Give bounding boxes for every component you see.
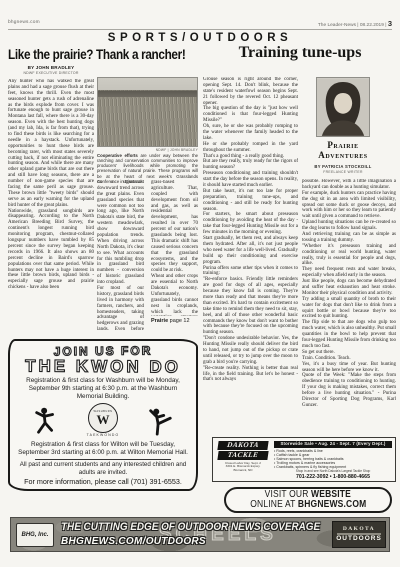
- bhg-logo-text: BHG, Inc.: [21, 532, 48, 539]
- dakota-outdoors-logo: DAKOTA OUTDOORS: [332, 521, 386, 548]
- newspaper-page: bhgnews.com The Leader-News | 08.22.2019…: [0, 0, 400, 567]
- dakota-tackle-ad: DAKOTA TACKLE Closed Labor Day, Sept. 2 …: [212, 437, 396, 482]
- tkd-washburn-text: Registration & first class for Washburn …: [16, 377, 190, 401]
- karate-figure-kick-icon: [146, 406, 174, 436]
- training-column-2: possible. However, with a little imagina…: [302, 179, 396, 433]
- jump-line: Prairie page 12: [151, 319, 198, 325]
- jump-word: Prairie: [151, 318, 168, 324]
- website-line2-normal: ONLINE AT: [250, 499, 298, 510]
- prairie-column-1: Any hunter who has walked the great plai…: [8, 79, 94, 336]
- jump-rest: page 12: [168, 318, 189, 324]
- columnist-title-line2: Adventures: [300, 150, 386, 160]
- tkd-phone-line: For more information, please call (701) …: [16, 478, 190, 487]
- tackle-logo-block: DAKOTA TACKLE Closed Labor Day, Sept. 2 …: [216, 441, 270, 479]
- tackle-logo-line1: DAKOTA: [217, 441, 268, 450]
- outdoor-news-banner: SCHEELS BHG, Inc. THE CUTTING EDGE OF OU…: [10, 517, 390, 552]
- masthead-rule: [8, 29, 392, 30]
- site-url: bhgnews.com: [8, 21, 40, 26]
- training-column-1: Grouse season is right around the corner…: [203, 77, 298, 433]
- karate-figure-punch-icon: [32, 406, 60, 436]
- tkd-figures-row: WASHBURN W TAEKWONDO: [16, 402, 190, 438]
- tackle-sale-header: Storewide Sale • Aug. 24 - Sept. 7 (Ever…: [274, 441, 392, 448]
- prairie-byline-role: NDWF EXECUTIVE DIRECTOR: [8, 71, 94, 76]
- section-title: SPORTS/OUTDOORS: [0, 33, 400, 45]
- banner-tagline: THE CUTTING EDGE OF OUTDOOR NEWS COVERAG…: [61, 522, 304, 533]
- prairie-byline: BY JOHN BRADLEY NDWF EXECUTIVE DIRECTOR: [8, 65, 94, 75]
- prairie-column-3: grass-based agriculture. That, coupled w…: [151, 180, 198, 316]
- dakota-outdoors-bottom: OUTDOORS: [336, 536, 382, 543]
- prairie-headline: Like the prairie? Thank a rancher!: [8, 47, 201, 61]
- training-headline: Training tune-ups: [202, 45, 398, 61]
- website-line2: ONLINE AT BHGNEWS.COM: [250, 500, 366, 511]
- website-line2-bold: BHGNEWS.COM: [298, 499, 366, 510]
- columnist-headshot: [316, 77, 370, 137]
- tackle-phone: 701-222-3092 • 1-800-880-4665: [274, 474, 392, 480]
- prairie-photo: [97, 77, 198, 147]
- website-line1-bold: WEBSITE: [311, 489, 351, 500]
- issue-text: The Leader-News | 08.22.2019 |: [318, 23, 387, 28]
- washburn-logo-bottom-text: TAEKWONDO: [87, 434, 120, 437]
- tackle-content-block: Storewide Sale • Aug. 24 - Sept. 7 (Ever…: [274, 441, 392, 479]
- page-number: 3: [388, 19, 392, 28]
- tkd-divider: [35, 459, 171, 460]
- bhg-logo: BHG, Inc.: [16, 523, 54, 547]
- tkd-ad-line2: THE KWON DO: [16, 357, 190, 376]
- tkd-wilton-text: Registration & first class for Wilton wi…: [16, 441, 190, 457]
- columnist-title-line1: Prairie: [300, 140, 386, 150]
- photo-credit: NDWF | JOHN BRADLEY: [97, 149, 198, 152]
- banner-url: BHGNEWS.COM/OUTDOORS: [61, 537, 206, 547]
- issue-line: The Leader-News | 08.22.2019 | 3: [318, 20, 392, 29]
- columnist-box: Prairie Adventures BY PATRICIA STOCKDILL…: [300, 77, 386, 174]
- tackle-bullet-list: Rods, reels, crankbaits & line Catfish t…: [274, 449, 392, 470]
- washburn-taekwondo-logo: WASHBURN W TAEKWONDO: [87, 403, 120, 437]
- washburn-logo-circle: WASHBURN W: [88, 403, 118, 433]
- tackle-address-line2: Bismarck, ND: [216, 469, 270, 473]
- taekwondo-ad: JOIN US FOR THE KWON DO Registration & f…: [8, 339, 198, 491]
- tackle-logo-line2: TACKLE: [217, 451, 268, 460]
- website-line1-normal: VISIT OUR: [265, 489, 311, 500]
- dakota-outdoors-top: DAKOTA: [343, 527, 375, 533]
- website-promo-box: VISIT OUR WEBSITE ONLINE AT BHGNEWS.COM: [224, 487, 392, 513]
- washburn-logo-letter: W: [97, 413, 110, 426]
- prairie-column-2: on a significant downward trend across t…: [97, 180, 144, 330]
- columnist-role: FREELANCE WRITER: [300, 170, 386, 174]
- tkd-invite-text: All past and current students and any in…: [16, 461, 190, 477]
